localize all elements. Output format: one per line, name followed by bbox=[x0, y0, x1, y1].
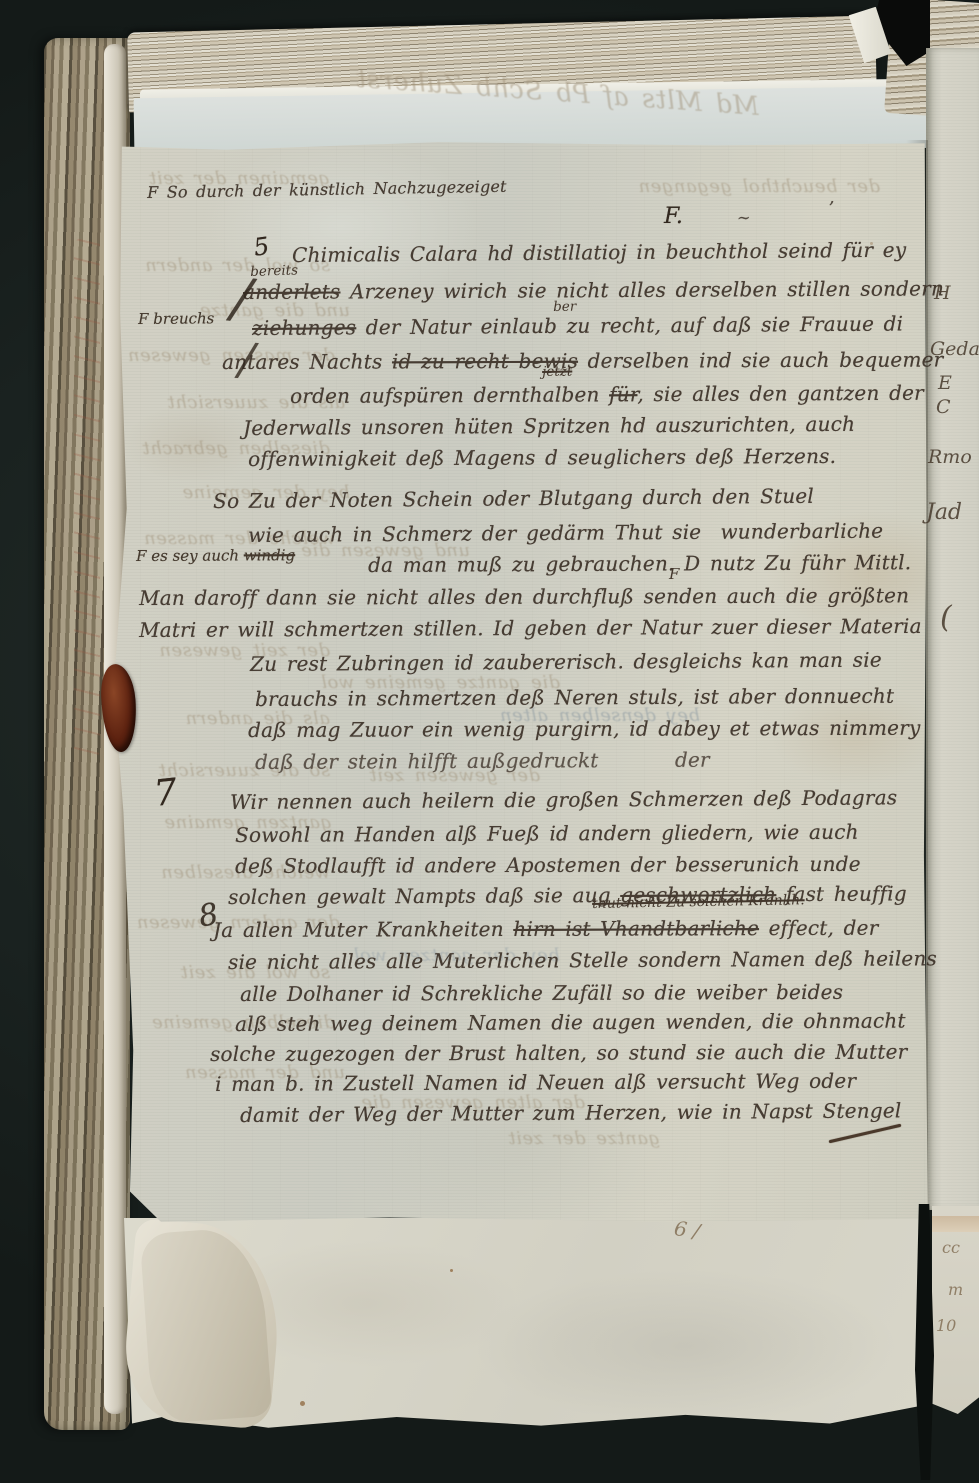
lower-right-tan-band bbox=[932, 1216, 979, 1232]
manuscript-page bbox=[112, 140, 928, 1224]
right-page-sliver bbox=[926, 48, 979, 1210]
paper-speck bbox=[300, 1401, 305, 1406]
lower-right-page-block bbox=[932, 1206, 979, 1414]
left-stack-marbled-marks bbox=[74, 238, 100, 758]
paper-speck bbox=[450, 1269, 453, 1272]
manuscript-photo: Md Mlts af Pb Schb Zuherstgemainen der z… bbox=[0, 0, 979, 1483]
paper-speck bbox=[870, 242, 873, 245]
